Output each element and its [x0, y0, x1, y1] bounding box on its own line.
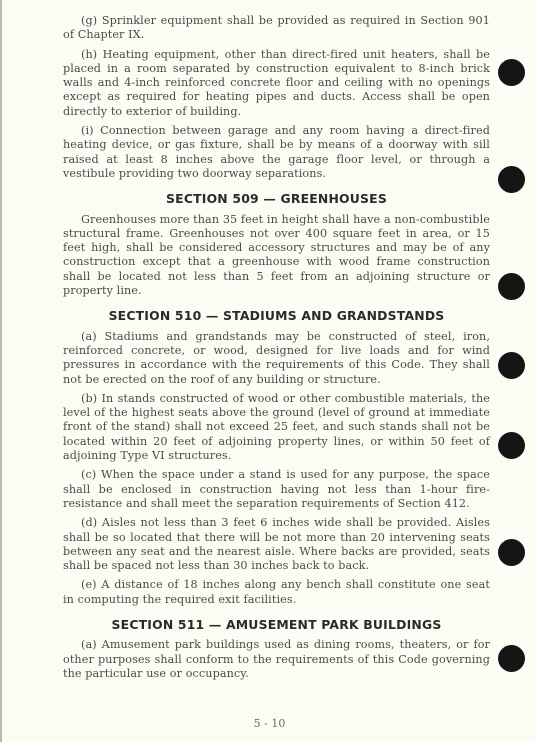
page-number: 5 - 10: [2, 717, 535, 730]
punch-hole-icon: [498, 273, 525, 300]
paragraph-h-heating: (h) Heating equipment, other than direct…: [63, 48, 490, 119]
section-509-heading: SECTION 509 — GREENHOUSES: [63, 192, 490, 206]
section-511-heading: SECTION 511 — AMUSEMENT PARK BUILDINGS: [63, 618, 490, 632]
punch-hole-icon: [498, 432, 525, 459]
paragraph-a-amusement: (a) Amusement park buildings used as din…: [63, 638, 490, 681]
paragraph-greenhouses: Greenhouses more than 35 feet in height …: [63, 213, 490, 299]
paragraph-g-sprinkler: (g) Sprinkler equipment shall be provide…: [63, 14, 490, 43]
punch-hole-icon: [498, 645, 525, 672]
paragraph-e-bench: (e) A distance of 18 inches along any be…: [63, 578, 490, 607]
paragraph-b-stands: (b) In stands constructed of wood or oth…: [63, 392, 490, 463]
paragraph-d-aisles: (d) Aisles not less than 3 feet 6 inches…: [63, 516, 490, 573]
punch-hole-icon: [498, 539, 525, 566]
section-510-heading: SECTION 510 — STADIUMS AND GRANDSTANDS: [63, 309, 490, 323]
paragraph-c-space-under: (c) When the space under a stand is used…: [63, 468, 490, 511]
paragraph-a-stadiums: (a) Stadiums and grandstands may be cons…: [63, 330, 490, 387]
punch-hole-icon: [498, 166, 525, 193]
text-column: (g) Sprinkler equipment shall be provide…: [63, 14, 490, 686]
document-page: (g) Sprinkler equipment shall be provide…: [0, 0, 535, 742]
punch-hole-icon: [498, 352, 525, 379]
punch-hole-icon: [498, 59, 525, 86]
paragraph-i-connection: (i) Connection between garage and any ro…: [63, 124, 490, 181]
